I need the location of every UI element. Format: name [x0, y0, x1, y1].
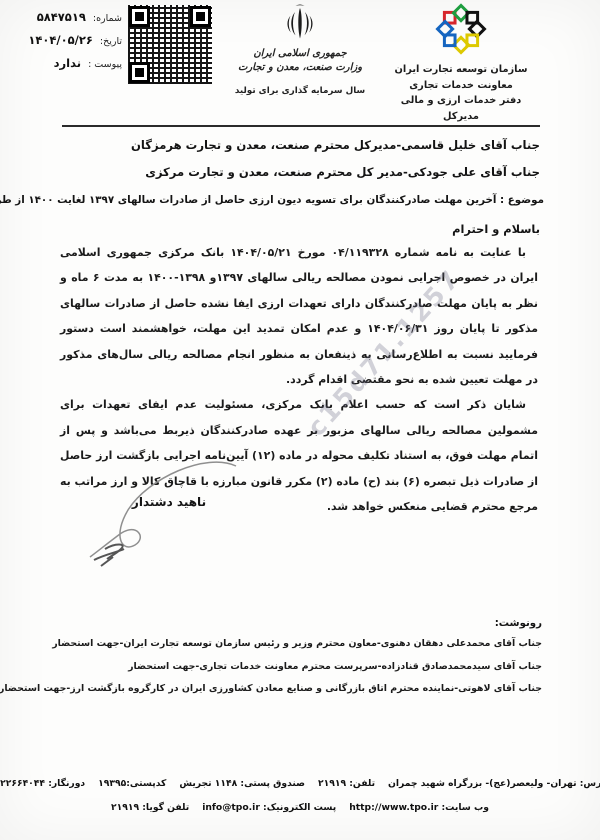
tpo-logo-icon: سازمان توسعه تجارت ایران Trade Promotion…	[432, 0, 490, 58]
year-slogan: سال سرمایه گذاری برای تولید	[233, 86, 367, 96]
footer-address: آدرس: تهران- ولیعصر(عج)- بزرگراه شهید چم…	[388, 772, 600, 796]
subject-line: موضوع : آخرین مهلت صادرکنندگان برای تسوی…	[52, 194, 544, 206]
footer-email: پست الکترونیک: info@tpo.ir	[202, 796, 336, 820]
header-divider	[62, 125, 540, 127]
org-role: مدیرکل	[388, 109, 534, 125]
signature-block: ناهید دشتدار	[58, 452, 263, 580]
org-deputy: معاونت خدمات تجاری	[388, 78, 534, 94]
footer-website: وب سایت: http://www.tpo.ir	[349, 796, 489, 820]
cc-label: رونوشت:	[58, 618, 542, 629]
body-paragraph-1: با عنایت به نامه شماره ۰۴/۱۱۹۳۲۸ مورخ ۱۴…	[60, 240, 538, 392]
meta-date-row: تاریخ: ۱۴۰۴/۰۵/۲۶	[6, 33, 122, 47]
iran-emblem-icon	[280, 3, 320, 43]
tpo-header: سازمان توسعه تجارت ایران Trade Promotion…	[388, 0, 534, 124]
salutation: باسلام و احترام	[58, 222, 540, 236]
attachment-label: پیوست :	[88, 59, 122, 70]
cc-item: جناب آقای لاهوتی-نماینده محترم اتاق بازر…	[58, 678, 542, 701]
svg-text:Trade Promotion Organization o: Trade Promotion Organization of Iran	[432, 0, 434, 1]
recipient-line: جناب آقای علی جودکی-مدیر کل محترم صنعت، …	[58, 159, 540, 186]
signature-scribble-icon	[58, 452, 263, 580]
date-value: ۱۴۰۴/۰۵/۲۶	[28, 33, 93, 47]
cc-item: جناب آقای سیدمحمدصادق قنادزاده-سرپرست مح…	[58, 656, 542, 679]
letter-meta: شماره: ۵۸۴۷۵۱۹ تاریخ: ۱۴۰۴/۰۵/۲۶ پیوست :…	[6, 10, 122, 79]
recipients: جناب آقای خلیل قاسمی-مدیرکل محترم صنعت، …	[58, 132, 540, 186]
footer-postalcode: کدپستی:۱۹۳۹۵	[98, 772, 166, 796]
footer-line-1: آدرس: تهران- ولیعصر(عج)- بزرگراه شهید چم…	[20, 772, 580, 796]
footer-phone: تلفن: ۲۱۹۱۹	[318, 772, 375, 796]
ministry-name: وزارت صنعت، معدن و تجارت	[233, 61, 367, 75]
svg-text:سازمان توسعه تجارت ایران: سازمان توسعه تجارت ایران	[432, 0, 435, 2]
cc-item: جناب آقای محمدعلی دهقان دهنوی-معاون محتر…	[58, 633, 542, 656]
org-name: سازمان توسعه تجارت ایران	[388, 62, 534, 78]
qr-finder-icon	[190, 6, 211, 27]
qr-finder-icon	[129, 6, 150, 27]
meta-attachment-row: پیوست : ندارد	[6, 56, 122, 70]
letterhead-footer: آدرس: تهران- ولیعصر(عج)- بزرگراه شهید چم…	[20, 772, 580, 820]
scanned-letter-page: شماره: ۵۸۴۷۵۱۹ تاریخ: ۱۴۰۴/۰۵/۲۶ پیوست :…	[0, 0, 600, 840]
republic-name: جمهوری اسلامی ایران	[233, 47, 367, 61]
signer-name: ناهید دشتدار	[103, 495, 235, 509]
footer-pobox: صندوق پستی: ۱۱۴۸ تجریش	[179, 772, 305, 796]
meta-number-row: شماره: ۵۸۴۷۵۱۹	[6, 10, 122, 24]
qr-code-icon	[128, 5, 212, 84]
footer-line-2: وب سایت: http://www.tpo.ir پست الکترونیک…	[20, 796, 580, 820]
date-label: تاریخ:	[100, 36, 122, 47]
cc-section: رونوشت: جناب آقای محمدعلی دهقان دهنوی-مع…	[58, 618, 542, 701]
org-office: دفتر خدمات ارزی و مالی	[388, 93, 534, 109]
number-value: ۵۸۴۷۵۱۹	[37, 10, 86, 24]
qr-finder-icon	[129, 62, 150, 83]
footer-voice-phone: تلفن گویا: ۲۱۹۱۹	[111, 796, 189, 820]
footer-fax: دورنگار: ۲۲۶۶۴۰۴۴-۵	[0, 772, 85, 796]
number-label: شماره:	[93, 13, 122, 24]
ministry-header: جمهوری اسلامی ایران وزارت صنعت، معدن و ت…	[233, 3, 367, 74]
attachment-value: ندارد	[54, 56, 81, 70]
recipient-line: جناب آقای خلیل قاسمی-مدیرکل محترم صنعت، …	[58, 132, 540, 159]
